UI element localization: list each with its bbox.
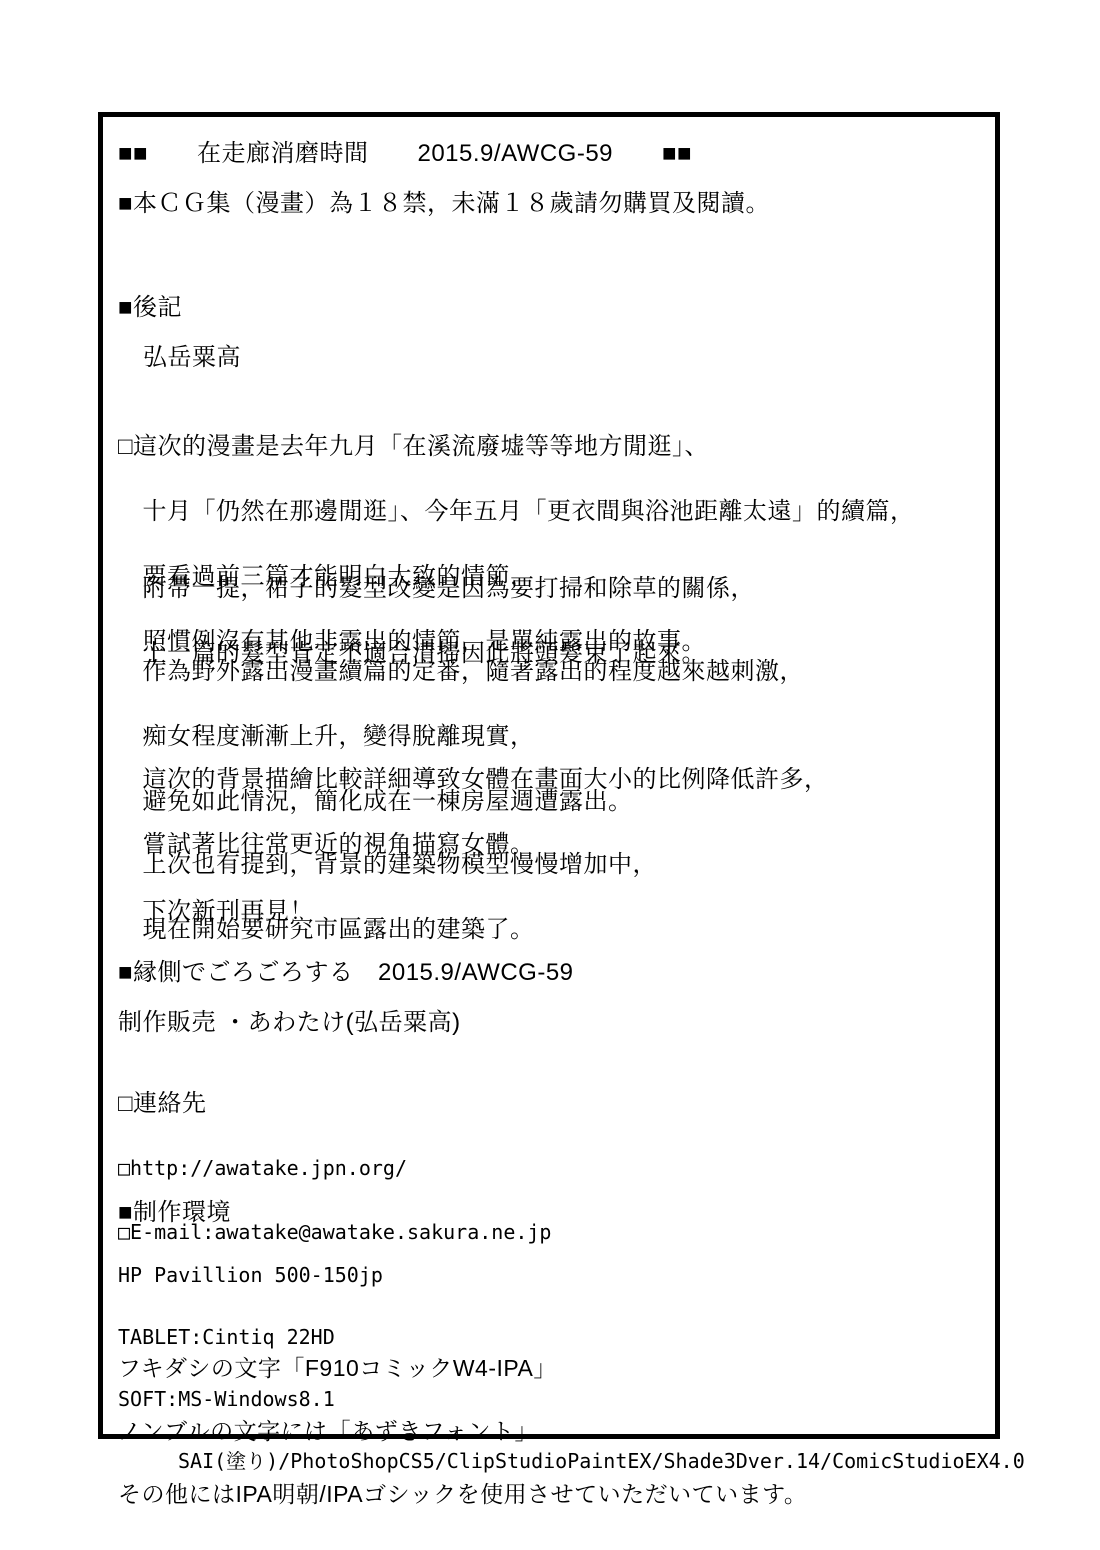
- paragraph-line: 十月「仍然在那邊閒逛」、今年五月「更衣間與浴池距離太遠」的續篇，: [118, 497, 915, 526]
- afterword-heading: ■後記: [118, 293, 182, 322]
- paragraph-line: 這次的背景描繪比較詳細導致女體在畫面大小的比例降低許多，: [118, 765, 829, 794]
- closing-line: 下次新刊再見！: [118, 897, 314, 926]
- paragraph-line: □這次的漫畫是去年九月「在溪流廢墟等等地方閒逛」、: [118, 432, 915, 461]
- environment-heading: ■制作環境: [118, 1200, 1025, 1226]
- production-credit: 制作販売 ・あわたけ(弘岳粟高): [118, 1008, 461, 1037]
- font-note: ノンブルの文字には「あずきフォント」: [118, 1418, 807, 1445]
- paragraph-line: 作為野外露出漫畫續篇的定番，隨著露出的程度越來越刺激，: [118, 657, 804, 686]
- paragraph-line: 上次也有提到，背景的建築物模型慢慢增加中，: [118, 850, 657, 879]
- contact-heading: □連絡先: [118, 1090, 551, 1118]
- book-title-line: ■縁側でごろごろする 2015.9/AWCG-59: [118, 958, 574, 987]
- page-frame: ■■ 在走廊消磨時間 2015.9/AWCG-59 ■■ ■本ＣＧ集（漫畫）為１…: [98, 112, 1000, 1439]
- title-line: ■■ 在走廊消磨時間 2015.9/AWCG-59 ■■: [118, 139, 692, 168]
- font-note: フキダシの文字「F910コミックW4-IPA」: [118, 1355, 807, 1382]
- font-notes-section: フキダシの文字「F910コミックW4-IPA」 ノンブルの文字には「あずきフォン…: [118, 1319, 807, 1544]
- document-page: ■■ 在走廊消磨時間 2015.9/AWCG-59 ■■ ■本ＣＧ集（漫畫）為１…: [0, 0, 1100, 1550]
- author-name: 弘岳粟高: [143, 343, 241, 372]
- pc-model: HP Pavillion 500-150jp: [118, 1262, 1025, 1288]
- font-note: その他にはIPA明朝/IPAゴシックを使用させていただいています。: [118, 1481, 807, 1508]
- paragraph-line: 附帶一提，祐子的髮型改變是因為要打掃和除草的關係，: [118, 574, 755, 603]
- age-warning: ■本ＣＧ集（漫畫）為１８禁，未滿１８歲請勿購買及閱讀。: [118, 189, 770, 218]
